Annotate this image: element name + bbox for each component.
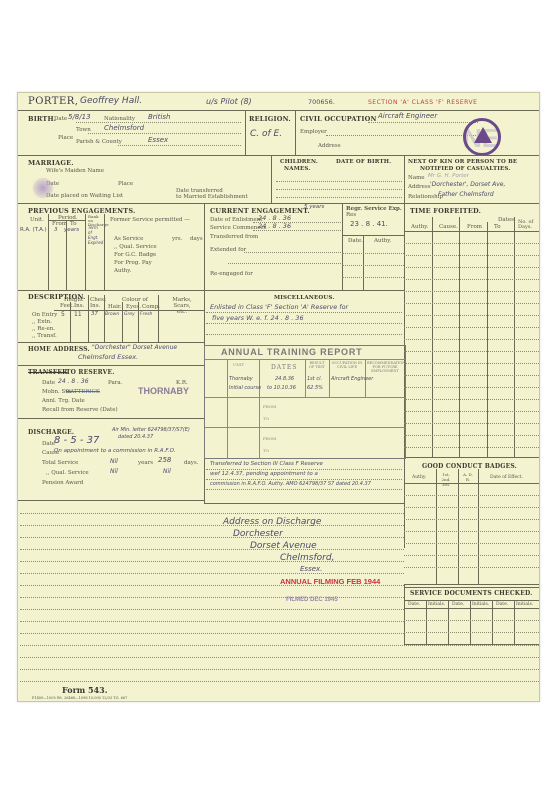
home-address-title: HOME ADDRESS. [28, 346, 90, 353]
service-documents-title: SERVICE DOCUMENTS CHECKED. [410, 590, 532, 597]
nok-address-label: Address [408, 184, 431, 190]
qual-years: Nil [110, 468, 118, 475]
birth-title: BIRTH. [28, 115, 56, 123]
sd-col-initials-1: Initials. [428, 602, 445, 607]
discharge-cause: On appointment to a commission in R.A.F.… [54, 448, 175, 454]
discharge-address-line-4: Chelmsford, [280, 553, 334, 563]
exp-date-col: Date. [348, 238, 363, 244]
total-days: 258 [158, 456, 171, 464]
prev-discharge: Term of Engt. Expired [88, 225, 102, 245]
commences-date: 24 . 8 . 36 [258, 222, 291, 230]
purple-smudge-stamp [32, 177, 54, 199]
engagement-term: 5 years [304, 204, 324, 210]
town: Chelmsford [104, 124, 144, 132]
forenames: Geoffrey Hall. [80, 96, 142, 106]
atr-row-1-occupation: Aircraft Engineer [331, 376, 373, 382]
tf-col-to: To [494, 224, 501, 230]
transfer-date: 24 . 8 . 36 [58, 378, 89, 385]
extended-label: Extended for [210, 247, 246, 253]
transfer-para-label: Para. [108, 380, 122, 386]
desc-feet: 5 [61, 311, 65, 318]
atr-col-result: RESULT OF TEST [307, 361, 327, 369]
sd-col-initials-2: Initials. [472, 602, 489, 607]
sd-col-initials-3: Initials. [516, 602, 533, 607]
discharge-address-line-2: Dorchester [233, 529, 283, 539]
desc-chest: 37 [91, 311, 98, 317]
waiting-list-label: Date placed on Waiting List [46, 193, 123, 199]
atr-col-recommendation: RECOMMENDATION FOR FUTURE EMPLOYMENT [367, 361, 403, 373]
misc-line-2: five years W. e. f. 24 . 8 . 36 [212, 314, 304, 322]
service-exp-sub: Res [346, 212, 356, 218]
service-exp-date: 23 . 8 . 41. [350, 220, 388, 228]
mobn-struck: CATTERICK [66, 389, 100, 395]
transfer-note-line-1: Transferred to Section III Class F Reser… [210, 461, 323, 467]
address-label: Address [318, 143, 341, 149]
printer-line: P1409—1005 Wt. 26468—1098 10,000 12/33 T… [32, 696, 127, 700]
desc-row-transf: ,, Transf. [32, 333, 57, 339]
home-address-line-2: Chelmsford Essex. [78, 353, 138, 361]
birth-date-label: Date [54, 116, 67, 122]
colour-label: Colour of [122, 297, 148, 303]
desc-comp: Fresh [140, 312, 152, 317]
prev-row-prog-pay: For Prog. Pay [114, 260, 152, 266]
tf-col-from: From [467, 224, 482, 230]
atr-from-label-2: FROM [263, 436, 276, 441]
atr-to-label-1: TO [263, 416, 269, 421]
prev-row-qual-service: ,, Qual. Service [114, 244, 157, 250]
gc-col-date: Date of Effect. [490, 475, 523, 480]
marriage-place-label: Place [118, 181, 133, 187]
atr-title: ANNUAL TRAINING REPORT [221, 347, 362, 357]
previous-engagements-title: PREVIOUS ENGAGEMENTS. [28, 207, 135, 215]
nok-relationship: Father Chelmsford [438, 191, 494, 198]
years-label: years [138, 460, 153, 466]
prev-days-label: days [190, 236, 203, 242]
transferred-from-label: Transferred from [210, 234, 258, 240]
discharge-address-line-3: Dorset Avenue [250, 541, 317, 551]
home-address-line-1: "Dorchester" Dorset Avenue [92, 344, 177, 351]
desc-row-reen: ,, Re-en. [32, 326, 55, 332]
sd-col-date-3: Date. [496, 602, 508, 607]
next-of-kin-title-1: NEXT OF KIN OR PERSON TO BE [408, 159, 517, 165]
sd-col-date-1: Date. [408, 602, 420, 607]
tf-col-days: No. of Days. [518, 220, 536, 230]
discharge-authority-2: dated 20.4.37 [118, 434, 153, 440]
service-record-card: PORTER, Geoffrey Hall. u/s Pilot (8) 700… [17, 92, 540, 702]
children-dob-title: DATE OF BIRTH. [336, 159, 391, 165]
triangle-circle-stamp-icon [463, 118, 501, 156]
surname: PORTER, [28, 96, 78, 107]
prev-row-authy: Authy. [114, 268, 131, 274]
prev-unit: R.A. (T.A.) [20, 227, 47, 233]
desc-row-extn: ,, Extn. [32, 319, 52, 325]
tf-col-authy: Authy. [411, 224, 428, 230]
next-of-kin-title-2: NOTIFIED OF CASUALTIES. [420, 166, 511, 172]
prev-from: 3 [54, 227, 58, 233]
tf-col-cause: Cause. [439, 224, 458, 230]
filmed-stamp: FILMED DEC 1945 [286, 597, 338, 603]
section-note: SECTION 'A' CLASS 'F' RESERVE [368, 99, 477, 106]
religion-title: RELIGION. [249, 115, 291, 123]
misc-line-1: Enlisted in Class 'F' Section 'A' Reserv… [210, 303, 348, 311]
atr-col-dates: DATES [271, 364, 297, 371]
atr-row-1-result: 1st cl. [307, 376, 322, 382]
ins-label: Ins. [74, 303, 84, 309]
religion-value: C. of E. [250, 129, 282, 139]
atr-row-2-unit: Initial course [229, 385, 261, 391]
atr-row-1-unit: Thornaby [229, 376, 253, 382]
gc-col-1st: 1st, 2nd, 3rd. [438, 472, 454, 487]
children-title: CHILDREN. [280, 159, 318, 165]
training-date-label: Annl. Trg. Date [42, 398, 85, 404]
discharge-address-line-1: Address on Discharge [223, 517, 321, 527]
qual-service-label: ,, Qual. Service [46, 470, 89, 476]
pension-label: Pension Award [42, 480, 83, 486]
children-names-title: NAMES. [284, 166, 310, 172]
service-number: 700656. [308, 98, 335, 106]
mobn-stamp: THORNABY [138, 386, 189, 396]
nok-name-label: Name [408, 175, 425, 181]
transfer-note-line-2: wef 12.4.37, pending appointment to a [210, 471, 318, 477]
form-number: Form 543. [62, 685, 108, 695]
qual-days: Nil [163, 468, 171, 475]
prev-yrs-label: yrs. [172, 236, 182, 242]
annual-filming-stamp: ANNUAL FILMING FEB 1944 [280, 577, 380, 586]
transfer-note-line-3: commission in R.A.F.O. Authy. AMO 624798… [210, 481, 371, 487]
parish: Essex [148, 136, 168, 144]
days-label: days. [184, 460, 198, 466]
sd-col-date-2: Date. [452, 602, 464, 607]
desc-hair: Brown [105, 312, 119, 317]
prev-row-gc-badge: For G.C. Badge [114, 252, 156, 258]
maiden-name-label: Wife's Maiden Name [46, 168, 104, 174]
transferred-label-2: to Married Establishment [176, 194, 248, 200]
total-service-label: Total Service [42, 460, 78, 466]
exp-authy-col: Authy. [374, 238, 391, 244]
parish-label: Parish & County [76, 139, 122, 145]
atr-col-occupation: OCCUPATION IN CIVIL LIFE [331, 361, 363, 369]
desc-eyes: Grey [124, 312, 135, 317]
discharge-date: 8 - 5 - 37 [54, 435, 99, 446]
atr-from-label-1: FROM [263, 404, 276, 409]
marriage-title: MARRIAGE. [28, 159, 74, 167]
transfer-title-struck: TRANSFER [28, 369, 67, 376]
gc-col-authy: Authy. [412, 475, 426, 480]
atr-col-unit: UNIT [233, 362, 244, 367]
discharge-authority: Air Min. letter 624798/37/S7(E) [112, 427, 190, 433]
prev-unit-label: Unit. [30, 217, 44, 223]
civil-occupation-title: CIVIL OCCUPATION [300, 115, 377, 123]
atr-row-1-dates: 24.8.36 [275, 376, 294, 382]
recall-label: Recall from Reserve (Date) [42, 407, 118, 413]
gc-col-adr: A. D. R. [462, 472, 474, 482]
atr-row-2-dates: to 10.10.36 [267, 385, 296, 391]
place-label: Place [58, 135, 73, 141]
total-years: Nil [110, 458, 118, 465]
time-forfeited-title: TIME FORFEITED. [410, 207, 481, 215]
miscellaneous-title: MISCELLANEOUS. [274, 295, 335, 301]
transfer-title: TO RESERVE. [66, 369, 115, 376]
transfer-date-label: Date [42, 380, 55, 386]
enlistment-date: 24 . 8 . 36 [258, 214, 291, 222]
annual-training-report: ANNUAL TRAINING REPORT UNIT DATES RESULT… [204, 345, 406, 459]
feet-label: Feet. [60, 303, 74, 309]
former-service-label: Former Service permitted — [110, 217, 190, 223]
nationality: British [148, 113, 170, 121]
desc-ins: 11 [74, 311, 82, 318]
discharge-address-line-5: Essex. [300, 565, 322, 573]
atr-row-2-result: 62.5% [307, 385, 323, 391]
civil-occupation-value: Aircraft Engineer [378, 112, 437, 120]
employer-label: Employer [300, 129, 327, 135]
marks-label: Marks, Scars, etc. [170, 297, 194, 315]
birth-date: 5/8/13 [68, 113, 91, 121]
rank: u/s Pilot (8) [206, 97, 252, 106]
reengaged-label: Re-engaged for [210, 271, 253, 277]
nok-name: Mr G. H. Porter [428, 173, 469, 179]
chest-label: Chest Ins. [90, 297, 104, 309]
desc-row-entry: On Entry [32, 312, 57, 318]
atr-to-label-2: TO [263, 448, 269, 453]
prev-row-as-service: As Service [114, 236, 143, 242]
nok-address: 'Dorchester', Dorset Ave, [430, 181, 505, 188]
